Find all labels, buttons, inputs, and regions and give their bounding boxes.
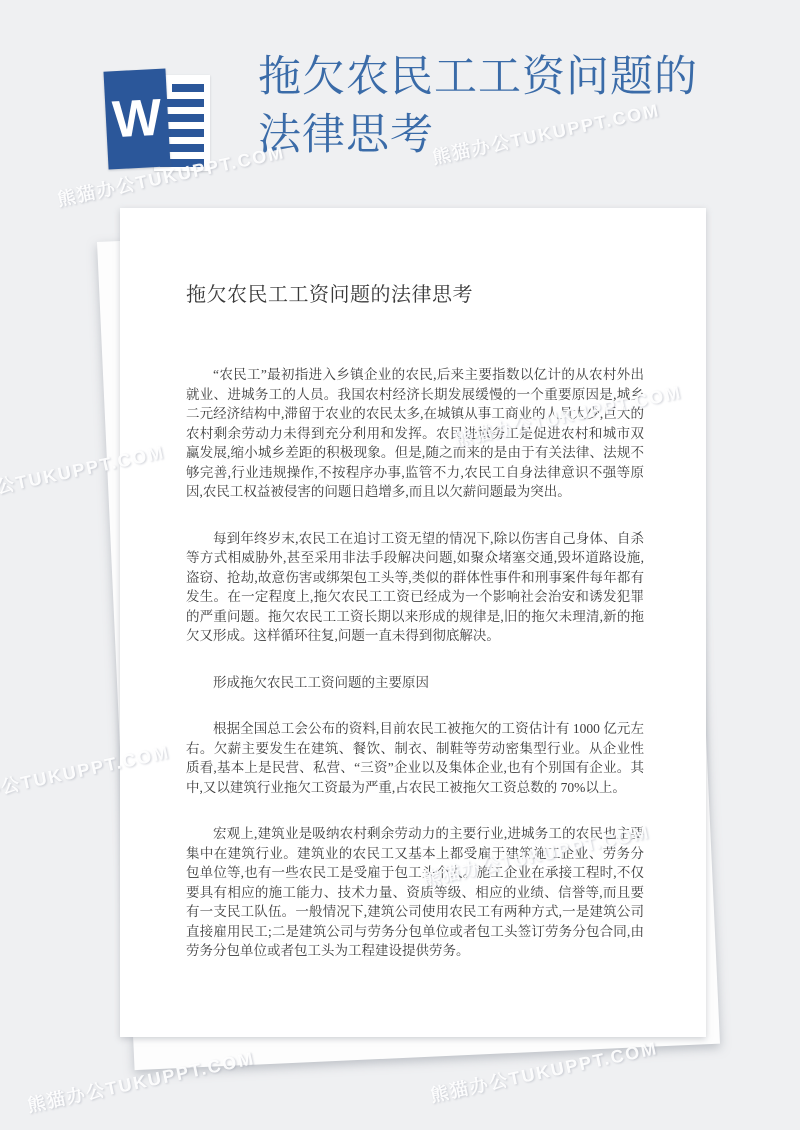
word-icon-panel: W [103, 68, 170, 169]
doc-paragraph: 宏观上,建筑业是吸纳农村剩余劳动力的主要行业,进城务工的农民也主要集中在建筑行业… [186, 824, 644, 961]
doc-paragraph: 根据全国总工会公布的资料,目前农民工被拖欠的工资估计有 1000 亿元左右。欠薪… [186, 719, 644, 797]
doc-paragraph: 每到年终岁末,农民工在追讨工资无望的情况下,除以伤害自己身体、自杀等方式相威胁外… [186, 529, 644, 646]
page-title: 拖欠农民工工资问题的 法律思考 [258, 48, 738, 164]
word-icon: W [100, 68, 215, 174]
document-page: 拖欠农民工工资问题的法律思考 “农民工”最初指进入乡镇企业的农民,后来主要指数以… [120, 208, 706, 1037]
document-title: 拖欠农民工工资问题的法律思考 [186, 281, 644, 309]
document-body: “农民工”最初指进入乡镇企业的农民,后来主要指数以亿计的从农村外出就业、进城务工… [186, 365, 644, 961]
page-title-line1: 拖欠农民工工资问题的 [258, 48, 738, 106]
page-title-line2: 法律思考 [258, 106, 738, 164]
doc-section-heading: 形成拖欠农民工工资问题的主要原因 [186, 673, 644, 693]
word-icon-letter: W [111, 88, 163, 150]
doc-paragraph: “农民工”最初指进入乡镇企业的农民,后来主要指数以亿计的从农村外出就业、进城务工… [186, 365, 644, 502]
header: W 拖欠农民工工资问题的 法律思考 [100, 62, 740, 192]
page-background: W 拖欠农民工工资问题的 法律思考 拖欠农民工工资问题的法律思考 “农民工”最初… [0, 0, 800, 1130]
